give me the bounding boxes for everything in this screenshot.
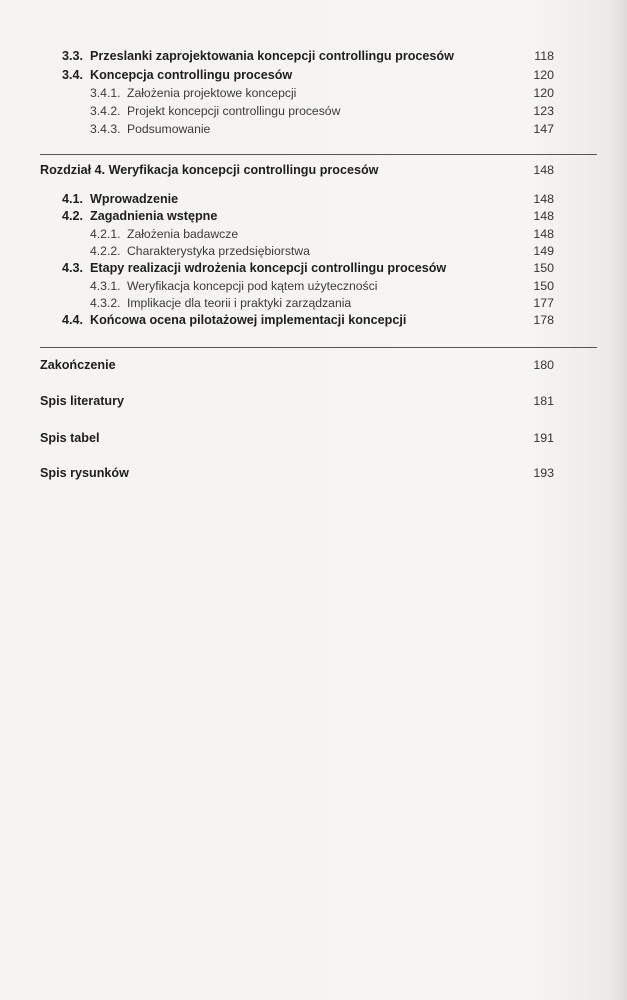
toc-spis-literatury[interactable]: Spis literatury 181 — [0, 392, 627, 410]
entry-title: Spis tabel — [40, 429, 100, 447]
entry-number: 3.4.1. — [90, 84, 121, 102]
toc-chapter-4[interactable]: Rozdział 4. Weryfikacja koncepcji contro… — [0, 161, 627, 179]
toc-entry-3-4[interactable]: 3.4. Koncepcja controllingu procesów 120 — [0, 66, 627, 84]
entry-title: Projekt koncepcji controllingu procesów — [127, 102, 340, 120]
scanned-page: 3.3. Przeslanki zaprojektowania koncepcj… — [0, 0, 627, 1000]
entry-title: Zakończenie — [40, 356, 116, 374]
toc-entry-4-3[interactable]: 4.3. Etapy realizacji wdrożenia koncepcj… — [0, 259, 627, 277]
entry-page: 181 — [528, 392, 554, 410]
toc-spis-tabel[interactable]: Spis tabel 191 — [0, 429, 627, 447]
entry-page: 118 — [528, 47, 554, 65]
entry-page: 150 — [528, 259, 554, 277]
entry-page: 193 — [528, 464, 554, 482]
entry-number: 3.4.3. — [90, 120, 121, 138]
entry-number: 3.4.2. — [90, 102, 121, 120]
section-divider — [40, 347, 597, 348]
entry-page: 148 — [528, 207, 554, 225]
entry-page: 149 — [528, 242, 554, 260]
entry-title: Podsumowanie — [127, 120, 210, 138]
entry-number: 3.3. — [62, 47, 83, 65]
section-divider — [40, 154, 597, 155]
entry-number: 4.3.1. — [90, 277, 121, 295]
entry-title: Spis rysunków — [40, 464, 129, 482]
toc-entry-3-4-3[interactable]: 3.4.3. Podsumowanie 147 — [0, 120, 627, 138]
entry-number: 4.4. — [62, 311, 83, 329]
entry-page: 147 — [528, 120, 554, 138]
entry-title: Końcowa ocena pilotażowej implementacji … — [90, 311, 406, 329]
chapter-page: 148 — [528, 161, 554, 179]
entry-page: 150 — [528, 277, 554, 295]
entry-title: Założenia projektowe koncepcji — [127, 84, 296, 102]
entry-page: 123 — [528, 102, 554, 120]
toc-entry-4-2-1[interactable]: 4.2.1. Założenia badawcze 148 — [0, 225, 627, 243]
entry-title: Etapy realizacji wdrożenia koncepcji con… — [90, 259, 446, 277]
entry-page: 120 — [528, 66, 554, 84]
toc-entry-4-3-2[interactable]: 4.3.2. Implikacje dla teorii i praktyki … — [0, 294, 627, 312]
toc-entry-4-2[interactable]: 4.2. Zagadnienia wstępne 148 — [0, 207, 627, 225]
entry-title: Przeslanki zaprojektowania koncepcji con… — [90, 47, 454, 65]
entry-title: Koncepcja controllingu procesów — [90, 66, 292, 84]
entry-number: 3.4. — [62, 66, 83, 84]
toc-entry-4-4[interactable]: 4.4. Końcowa ocena pilotażowej implement… — [0, 311, 627, 329]
entry-number: 4.1. — [62, 190, 83, 208]
entry-page: 178 — [528, 311, 554, 329]
entry-number: 4.2.2. — [90, 242, 121, 260]
entry-page: 148 — [528, 225, 554, 243]
entry-title: Implikacje dla teorii i praktyki zarządz… — [127, 294, 351, 312]
entry-title: Zagadnienia wstępne — [90, 207, 217, 225]
entry-page: 180 — [528, 356, 554, 374]
toc-entry-4-2-2[interactable]: 4.2.2. Charakterystyka przedsiębiorstwa … — [0, 242, 627, 260]
toc-entry-3-4-1[interactable]: 3.4.1. Założenia projektowe koncepcji 12… — [0, 84, 627, 102]
entry-title: Wprowadzenie — [90, 190, 178, 208]
toc-spis-rysunkow[interactable]: Spis rysunków 193 — [0, 464, 627, 482]
entry-number: 4.3. — [62, 259, 83, 277]
entry-number: 4.3.2. — [90, 294, 121, 312]
entry-title: Spis literatury — [40, 392, 124, 410]
toc-zakonczenie[interactable]: Zakończenie 180 — [0, 356, 627, 374]
entry-number: 4.2.1. — [90, 225, 121, 243]
toc-entry-4-1[interactable]: 4.1. Wprowadzenie 148 — [0, 190, 627, 208]
entry-title: Weryfikacja koncepcji pod kątem użyteczn… — [127, 277, 377, 295]
entry-title: Charakterystyka przedsiębiorstwa — [127, 242, 310, 260]
entry-page: 120 — [528, 84, 554, 102]
entry-page: 148 — [528, 190, 554, 208]
chapter-title: Rozdział 4. Weryfikacja koncepcji contro… — [40, 161, 378, 179]
entry-page: 177 — [528, 294, 554, 312]
entry-page: 191 — [528, 429, 554, 447]
entry-number: 4.2. — [62, 207, 83, 225]
toc-entry-3-3[interactable]: 3.3. Przeslanki zaprojektowania koncepcj… — [0, 47, 627, 65]
entry-title: Założenia badawcze — [127, 225, 238, 243]
toc-entry-4-3-1[interactable]: 4.3.1. Weryfikacja koncepcji pod kątem u… — [0, 277, 627, 295]
toc-entry-3-4-2[interactable]: 3.4.2. Projekt koncepcji controllingu pr… — [0, 102, 627, 120]
